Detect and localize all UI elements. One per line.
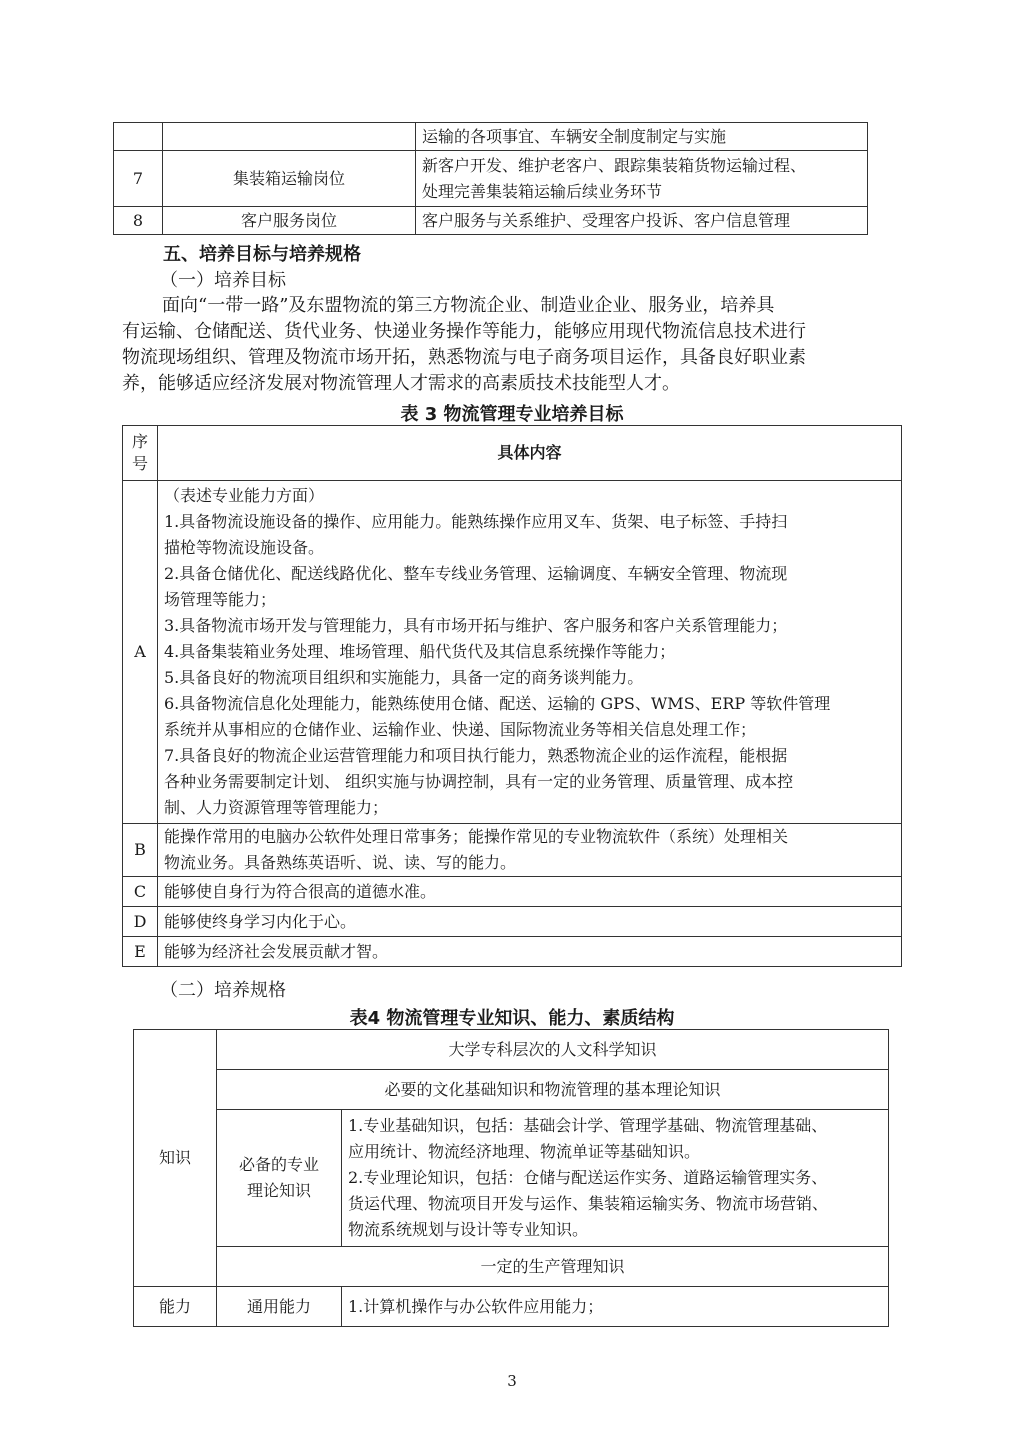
row-content: 能够使自身行为符合很高的道德水准。 xyxy=(158,877,902,907)
table4-caption: 表4 物流管理专业知识、能力、素质结构 xyxy=(0,1004,1024,1030)
header-no: 序 号 xyxy=(123,426,158,481)
row-content: （表述专业能力方面） 1.具备物流设施设备的操作、应用能力。能熟练操作应用叉车、… xyxy=(158,481,902,824)
table4: 知识 大学专科层次的人文科学知识 必要的文化基础知识和物流管理的基本理论知识 必… xyxy=(133,1029,889,1327)
section-heading: 五、培养目标与培养规格 xyxy=(163,240,361,266)
table3: 序 号 具体内容 A （表述专业能力方面） 1.具备物流设施设备的操作、应用能力… xyxy=(122,425,902,967)
cell-position: 客户服务岗位 xyxy=(163,207,416,235)
positions-table: 运输的各项事宜、车辆安全制度制定与实施 7 集装箱运输岗位 新客户开发、维护老客… xyxy=(113,122,868,235)
cell-position: 集装箱运输岗位 xyxy=(163,151,416,207)
cell-content: 新客户开发、维护老客户、跟踪集装箱货物运输过程、 处理完善集装箱运输后续业务环节 xyxy=(416,151,868,207)
row-id: E xyxy=(123,937,158,967)
cell-content: 运输的各项事宜、车辆安全制度制定与实施 xyxy=(416,123,868,151)
row-id: D xyxy=(123,907,158,937)
subsection-heading-1: （一）培养目标 xyxy=(160,266,286,292)
knowledge-row-3-label: 必备的专业 理论知识 xyxy=(217,1110,342,1247)
cell-no: 7 xyxy=(114,151,163,207)
knowledge-row-1: 大学专科层次的人文科学知识 xyxy=(217,1030,889,1070)
knowledge-row-3-content: 1.专业基础知识，包括：基础会计学、管理学基础、物流管理基础、 应用统计、物流经… xyxy=(342,1110,889,1247)
cell-no xyxy=(114,123,163,151)
table3-caption: 表 3 物流管理专业培养目标 xyxy=(0,400,1024,426)
cell-content: 客户服务与关系维护、受理客户投诉、客户信息管理 xyxy=(416,207,868,235)
row-content: 能操作常用的电脑办公软件处理日常事务；能操作常见的专业物流软件（系统）处理相关 … xyxy=(158,824,902,877)
ability-row-1-label: 通用能力 xyxy=(217,1287,342,1327)
ability-label: 能力 xyxy=(134,1287,217,1327)
knowledge-label: 知识 xyxy=(134,1030,217,1287)
row-id: C xyxy=(123,877,158,907)
objective-paragraph: 面向“一带一路”及东盟物流的第三方物流企业、制造业企业、服务业，培养具 有运输、… xyxy=(122,293,862,397)
ability-row-1-content: 1.计算机操作与办公软件应用能力； xyxy=(342,1287,889,1327)
page-number: 3 xyxy=(0,1372,1024,1390)
header-content: 具体内容 xyxy=(158,426,902,481)
row-content: 能够使终身学习内化于心。 xyxy=(158,907,902,937)
cell-no: 8 xyxy=(114,207,163,235)
knowledge-row-2: 必要的文化基础知识和物流管理的基本理论知识 xyxy=(217,1070,889,1110)
row-id: B xyxy=(123,824,158,877)
row-content: 能够为经济社会发展贡献才智。 xyxy=(158,937,902,967)
cell-position xyxy=(163,123,416,151)
row-id: A xyxy=(123,481,158,824)
subsection-heading-2: （二）培养规格 xyxy=(160,976,286,1002)
knowledge-row-4: 一定的生产管理知识 xyxy=(217,1247,889,1287)
